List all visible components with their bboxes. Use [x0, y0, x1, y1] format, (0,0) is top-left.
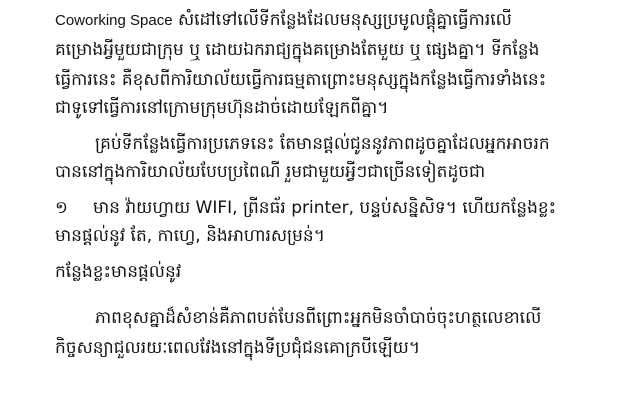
- paragraph-1-line-3: ធ្វើការនេះ គឺខុសពីការិយាល័យធ្វើការធម្មតា…: [55, 66, 546, 94]
- paragraph-2-line-2: បាននៅក្នុងការិយាល័យបែបប្រពៃណី រួមជាមួយអ្…: [55, 158, 485, 186]
- paragraph-1-line-2: គម្រោងអ្វីមួយជាក្រុម ឬ ដោយឯករាជ្យក្នុងគម…: [55, 36, 539, 64]
- paragraph-4-line-2: កិច្ចសន្យាជួលរយៈពេលវែងនៅក្នុងទីប្រជុំជនគ…: [55, 334, 420, 362]
- paragraph-1-line-4: ជាទូទៅធ្វើការនៅក្រោមក្រុមហ៊ុនដាច់ដោយឡែកព…: [55, 94, 388, 122]
- paragraph-1-line-1: Coworking Space សំដៅទៅលើទីកន្លែងដែលមនុស្…: [55, 6, 512, 35]
- list-item-1-line-2: មានផ្តល់នូវ តែ, កាហ្វេ, និងអាហារសម្រន់។: [55, 222, 325, 250]
- paragraph-4-line-1: ភាពខុសគ្នាដ៏សំខាន់គឺភាពបត់បែនពីព្រោះអ្នក…: [95, 304, 541, 332]
- list-item-1-line-1: មាន វ៉ាយហ្វាយ WIFI, ព្រីនធ័រ printer, បន…: [93, 198, 556, 218]
- paragraph-2-line-1: គ្រប់ទីកន្លែងធ្វើការប្រភេទនេះ តែមានផ្តល់…: [95, 130, 550, 158]
- paragraph-3: កន្លែងខ្លះមានផ្តល់នូវ: [55, 258, 181, 286]
- list-item-1: ១មាន វ៉ាយហ្វាយ WIFI, ព្រីនធ័រ printer, ប…: [55, 194, 556, 222]
- term-coworking-space: Coworking Space: [55, 12, 173, 29]
- list-number: ១: [55, 194, 93, 222]
- paragraph-1-line-1-text: សំដៅទៅលើទីកន្លែងដែលមនុស្សប្រមូលផ្តុំគ្នា…: [173, 10, 512, 30]
